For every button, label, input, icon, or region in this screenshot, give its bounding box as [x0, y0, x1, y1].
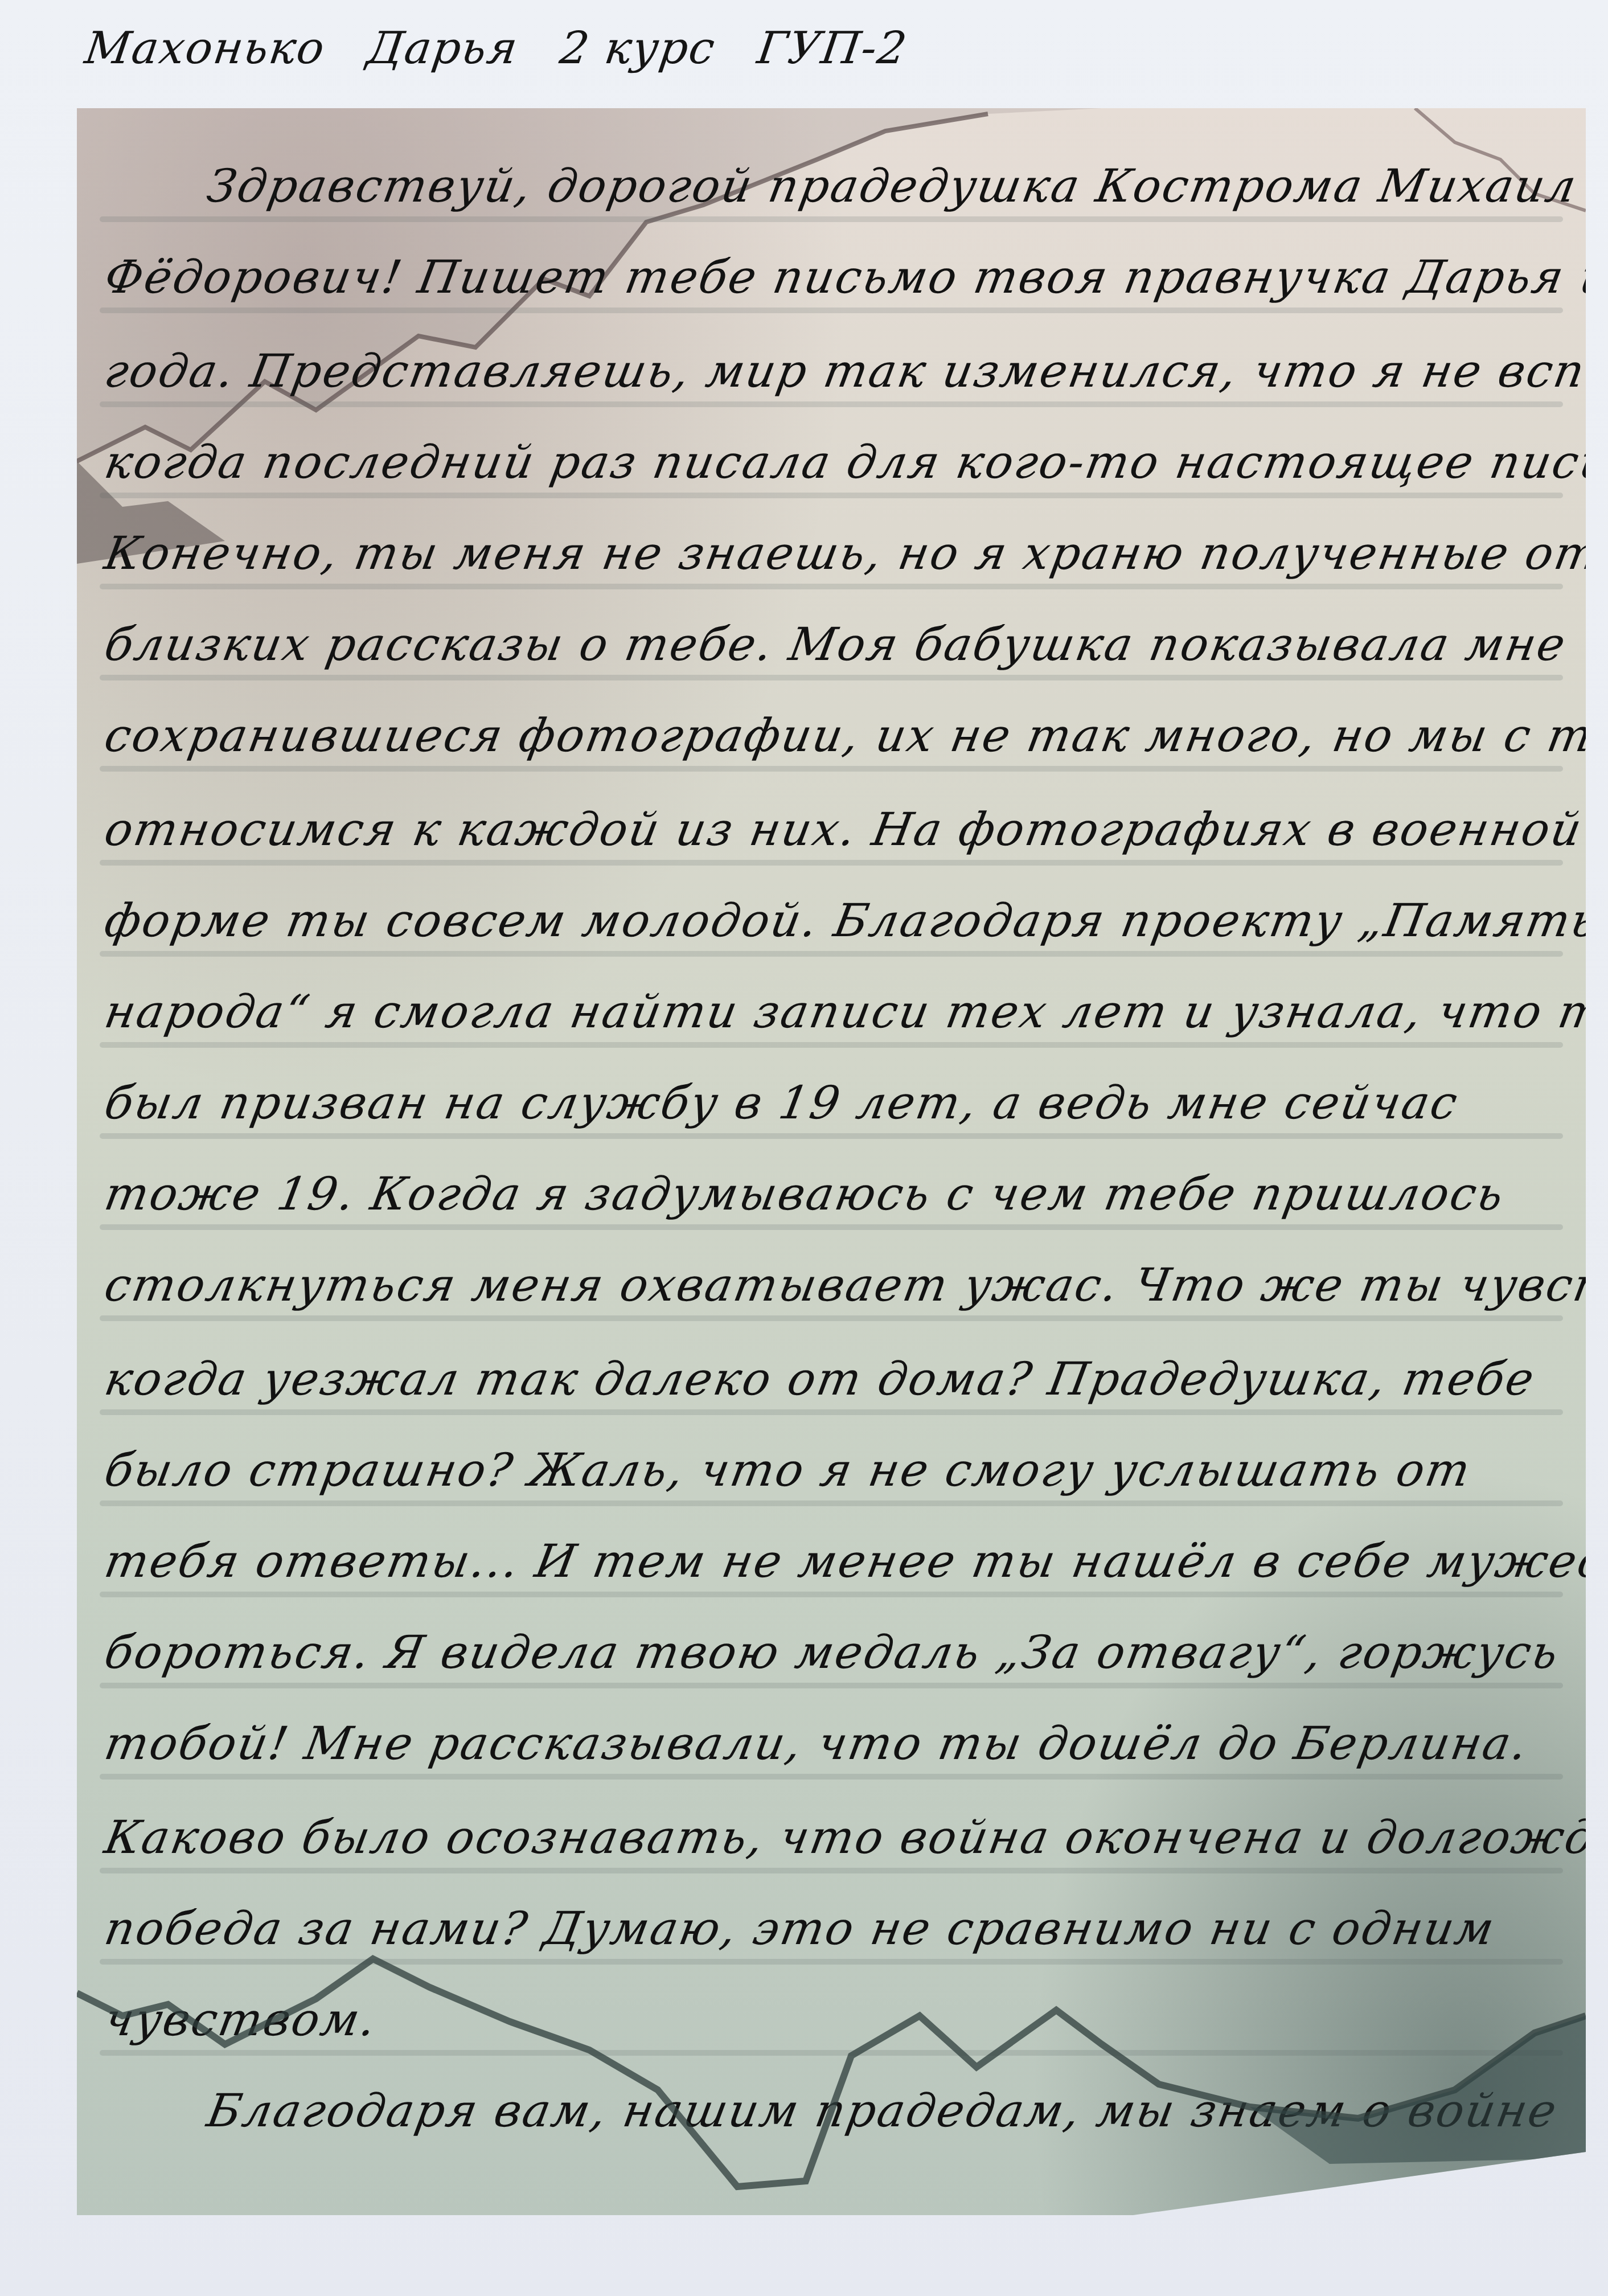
author-course: 2 курс [557, 23, 719, 74]
letter-line: было страшно? Жаль, что я не смогу услыш… [101, 1444, 1476, 1496]
ruled-line [100, 307, 1563, 313]
ruled-line [100, 1409, 1563, 1415]
ruled-line [100, 584, 1563, 589]
ruled-line [100, 951, 1563, 957]
ruled-line [100, 1683, 1563, 1688]
letter-line: Конечно, ты меня не знаешь, но я храню п… [101, 527, 1605, 580]
ruled-line [100, 493, 1563, 498]
ruled-line [100, 1133, 1563, 1139]
letter-line: тебя ответы... И тем не менее ты нашёл в… [101, 1535, 1608, 1588]
letter-line: народа“ я смогла найти записи тех лет и … [101, 985, 1608, 1038]
letter-line: бороться. Я видела твою медаль „За отваг… [101, 1626, 1564, 1679]
letter-line: относимся к каждой из них. На фотография… [101, 803, 1587, 856]
letter-line: близких рассказы о тебе. Моя бабушка пок… [101, 618, 1571, 671]
letter-line: Фёдорович! Пишет тебе письмо твоя правну… [101, 251, 1608, 304]
letter-line: года. Представляешь, мир так изменился, … [101, 345, 1608, 397]
ruled-line [100, 1315, 1563, 1321]
letter-line: был призван на службу в 19 лет, а ведь м… [101, 1076, 1463, 1129]
ruled-line [100, 675, 1563, 680]
letter-line: Благодаря вам, нашим прадедам, мы знаем … [203, 2084, 1562, 2137]
author-note: Махонько Дарья 2 курс ГУП-2 [82, 23, 938, 74]
ruled-line [100, 1592, 1563, 1597]
ruled-line [100, 1042, 1563, 1048]
author-group: ГУП-2 [754, 23, 911, 74]
letter-line: когда последний раз писала для кого-то н… [101, 436, 1608, 489]
letter-line: победа за нами? Думаю, это не сравнимо н… [101, 1902, 1500, 1955]
ruled-line [100, 1959, 1563, 1965]
letter-line: тоже 19. Когда я задумываюсь с чем тебе … [101, 1167, 1509, 1220]
ruled-line [100, 1500, 1563, 1506]
ruled-line [100, 1868, 1563, 1873]
ruled-line [100, 766, 1563, 772]
ruled-line [100, 2050, 1563, 2056]
ruled-line [100, 216, 1563, 222]
letter-line: сохранившиеся фотографии, их не так мног… [101, 709, 1608, 762]
letter-sheet: Здравствуй, дорогой прадедушка Кострома … [77, 108, 1586, 2215]
ruled-line [100, 860, 1563, 866]
author-name: Дарья [364, 23, 522, 74]
letter-line: когда уезжал так далеко от дома? Прадеду… [101, 1352, 1540, 1405]
letter-line: форме ты совсем молодой. Благодаря проек… [101, 894, 1603, 947]
ruled-line [100, 1774, 1563, 1780]
ruled-line [100, 1224, 1563, 1230]
letter-line: столкнуться меня охватывает ужас. Что же… [101, 1258, 1608, 1311]
letter-line: чувством. [101, 1993, 382, 2046]
letter-line: тобой! Мне рассказывали, что ты дошёл до… [101, 1717, 1533, 1770]
letter-line: Каково было осознавать, что война оконче… [101, 1811, 1608, 1864]
ruled-line [100, 401, 1563, 407]
author-surname: Махонько [82, 23, 329, 74]
letter-line: Здравствуй, дорогой прадедушка Кострома … [203, 159, 1582, 212]
